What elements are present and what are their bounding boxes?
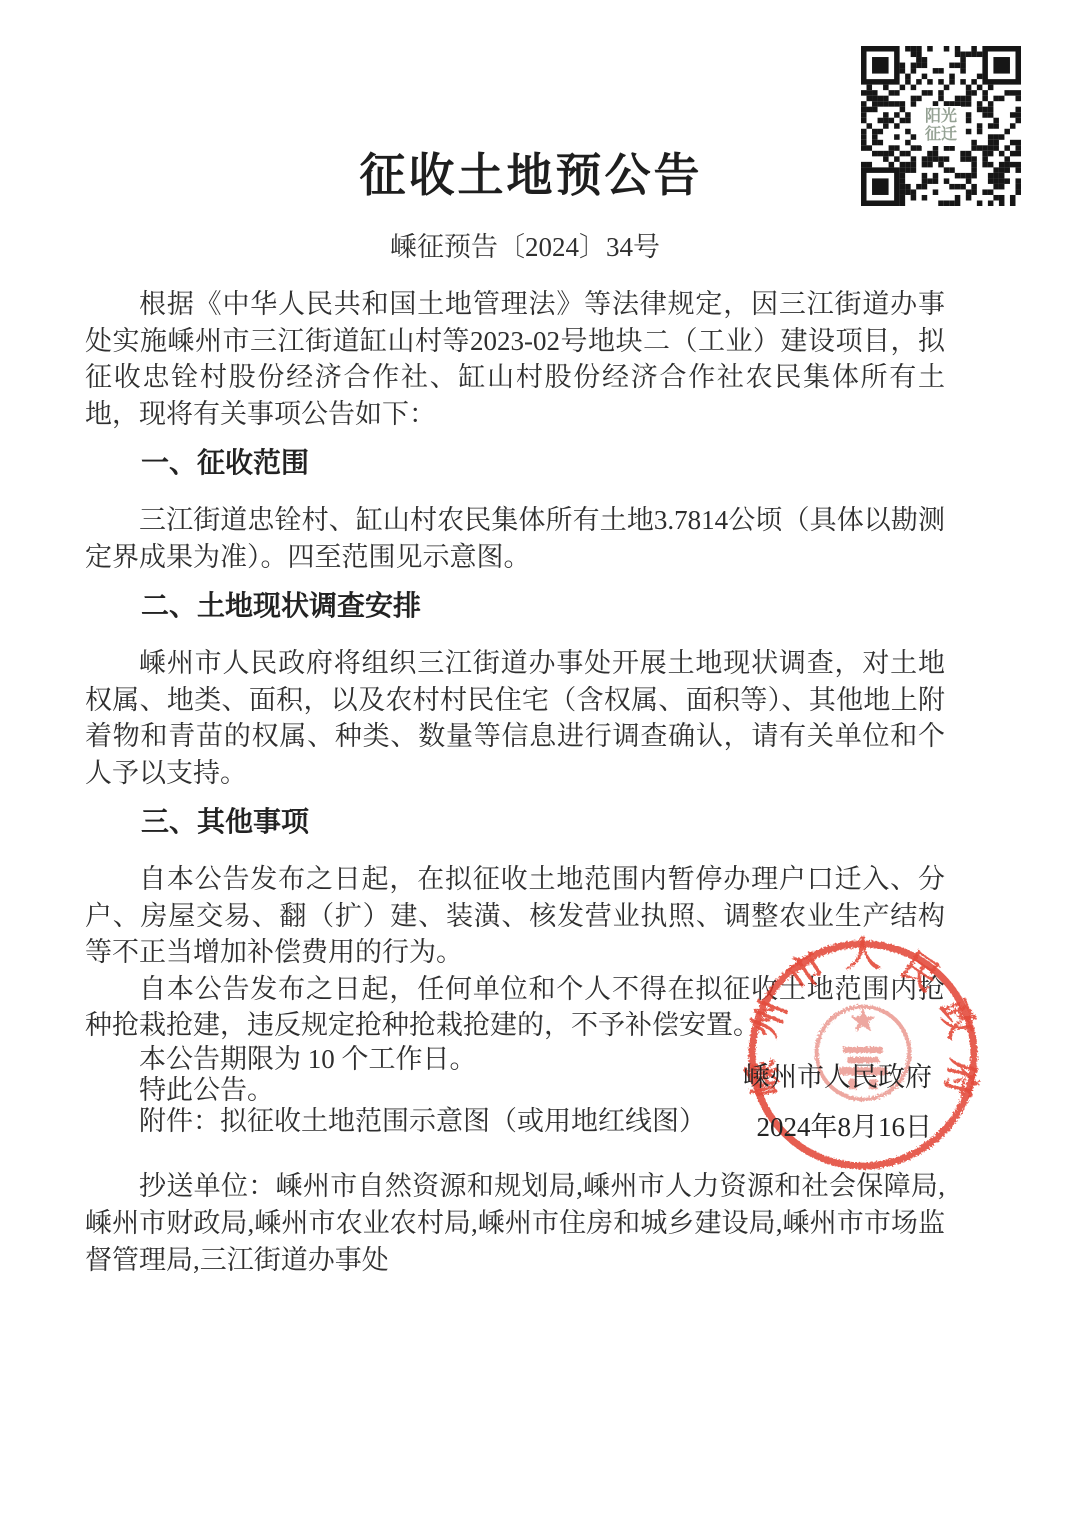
section-1-paragraph: 三江街道忠铨村、缸山村农民集体所有土地3.7814公顷（具体以勘测定界成果为准）… — [85, 502, 945, 575]
qr-center-line1: 阳光 — [925, 108, 957, 126]
announcement-document: 征收土地预公告 嵊征预告〔2024〕34号 根据《中华人民共和国土地管理法》等法… — [0, 0, 1080, 1528]
qr-code: 阳光 征迁 — [861, 46, 1021, 206]
page-title: 征收土地预公告 — [101, 146, 961, 204]
section-2-paragraph: 嵊州市人民政府将组织三江街道办事处开展土地现状调查，对土地权属、地类、面积，以及… — [85, 645, 945, 791]
signature-block: 嵊州市人民政府 2024年8月16日 — [743, 1052, 932, 1152]
qr-center-text: 阳光 征迁 — [921, 106, 961, 146]
issue-date: 2024年8月16日 — [743, 1102, 932, 1152]
intro-paragraph: 根据《中华人民共和国土地管理法》等法律规定，因三江街道办事处实施嵊州市三江街道缸… — [85, 286, 945, 432]
qr-center-line2: 征迁 — [925, 126, 957, 144]
section-2-heading: 二、土地现状调查安排 — [85, 587, 945, 625]
document-number: 嵊征预告〔2024〕34号 — [95, 228, 955, 266]
section-1-heading: 一、征收范围 — [85, 444, 945, 482]
cc-list: 抄送单位：嵊州市自然资源和规划局,嵊州市人力资源和社会保障局,嵊州市财政局,嵊州… — [85, 1168, 945, 1279]
issuer-name: 嵊州市人民政府 — [743, 1052, 932, 1102]
section-3-heading: 三、其他事项 — [85, 803, 945, 841]
